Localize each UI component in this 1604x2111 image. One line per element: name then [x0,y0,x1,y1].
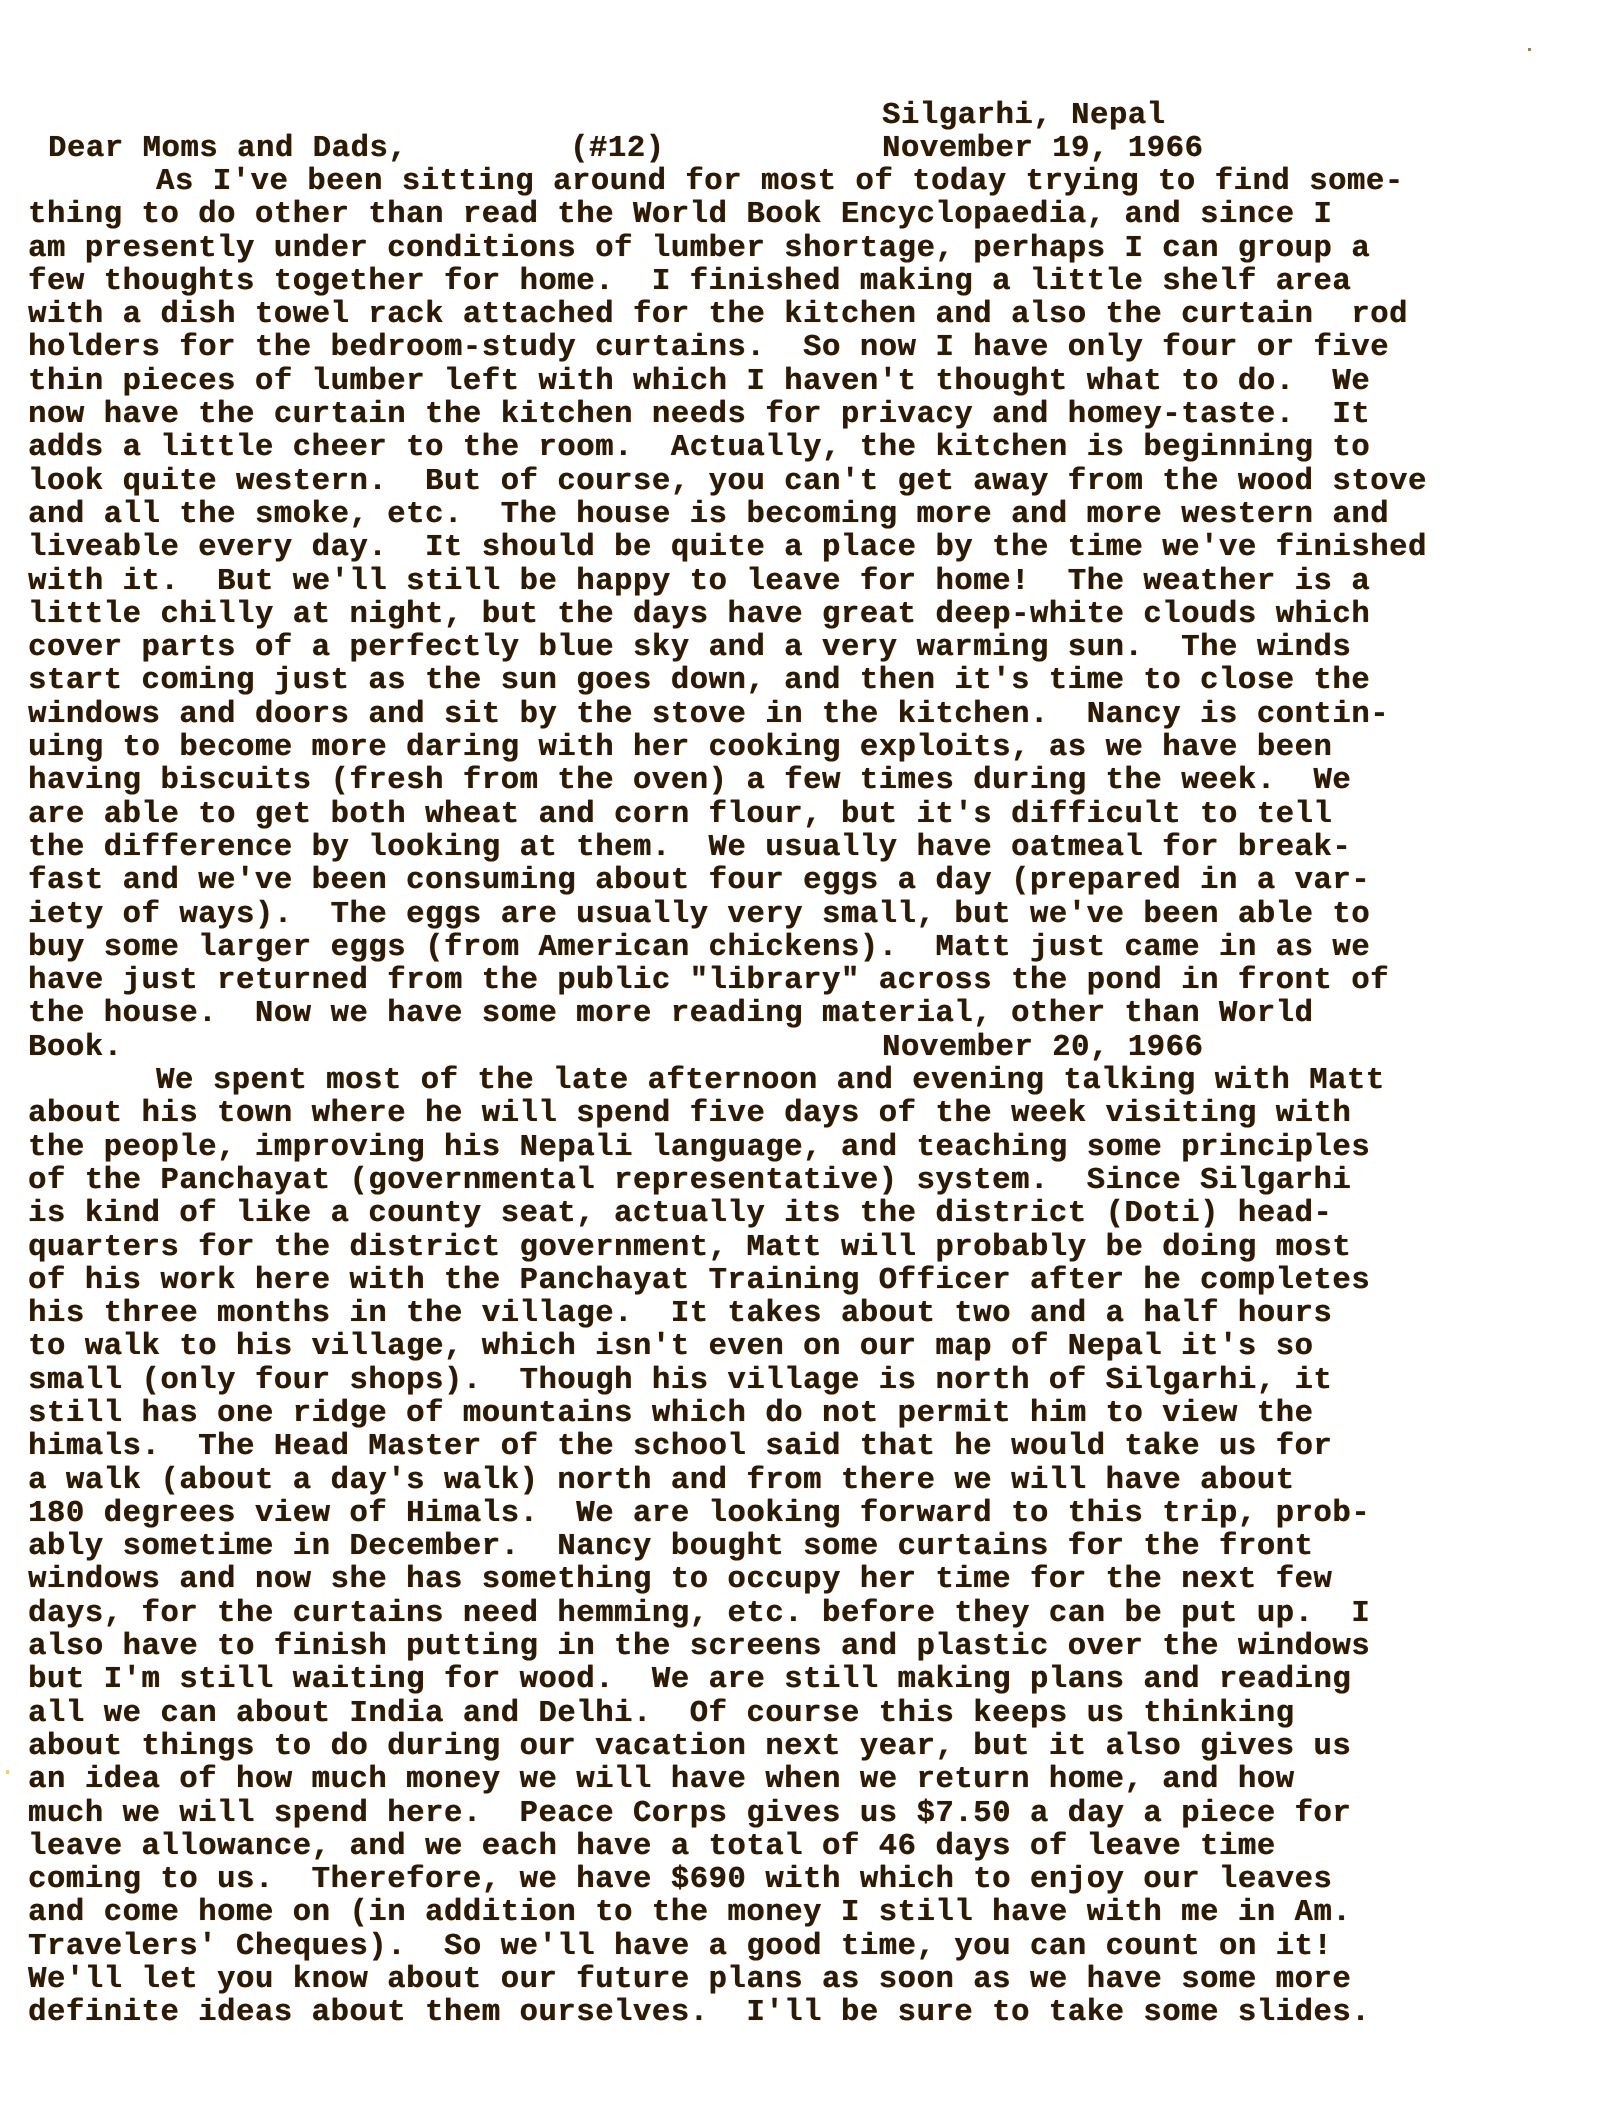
letter-place: Silgarhi, Nepal [882,100,1166,133]
text-line: cover parts of a perfectly blue sky and … [28,632,1427,665]
letter-date: November 19, 1966 [882,133,1203,166]
text-line: about things to do during our vacation n… [28,1731,1427,1764]
text-line: but I'm still waiting for wood. We are s… [28,1664,1427,1697]
text-line: the people, improving his Nepali languag… [28,1132,1427,1165]
text-line: is kind of like a county seat, actually … [28,1198,1427,1231]
text-line: 180 degrees view of Himals. We are looki… [28,1498,1427,1531]
text-line: liveable every day. It should be quite a… [28,532,1427,565]
text-line: himals. The Head Master of the school sa… [28,1431,1427,1464]
text-line: a walk (about a day's walk) north and fr… [28,1465,1427,1498]
salutation: Dear Moms and Dads, [48,133,407,166]
text-line: ably sometime in December. Nancy bought … [28,1531,1427,1564]
text-line: iety of ways). The eggs are usually very… [28,899,1427,932]
text-line: are able to get both wheat and corn flou… [28,799,1427,832]
text-line: uing to become more daring with her cook… [28,732,1427,765]
text-line: leave allowance, and we each have a tota… [28,1831,1427,1864]
text-line: the difference by looking at them. We us… [28,832,1427,865]
text-line: buy some larger eggs (from American chic… [28,932,1427,965]
text-line: now have the curtain the kitchen needs f… [28,399,1427,432]
text-line: all we can about India and Delhi. Of cou… [28,1698,1427,1731]
letter-page: Silgarhi, Nepal Dear Moms and Dads, (#12… [0,0,1604,2111]
text-line: his three months in the village. It take… [28,1298,1427,1331]
text-line: also have to finish putting in the scree… [28,1631,1427,1664]
text-line: look quite western. But of course, you c… [28,466,1427,499]
text-line: Travelers' Cheques). So we'll have a goo… [28,1931,1427,1964]
text-line: the house. Now we have some more reading… [28,998,1427,1031]
text-line: few thoughts together for home. I finish… [28,266,1427,299]
text-line: with it. But we'll still be happy to lea… [28,566,1427,599]
text-line: thing to do other than read the World Bo… [28,199,1427,232]
text-line: Book.November 20, 1966 [28,1032,1427,1065]
text-line: an idea of how much money we will have w… [28,1764,1427,1797]
text-line: We'll let you know about our future plan… [28,1964,1427,1997]
text-line: start coming just as the sun goes down, … [28,665,1427,698]
text-line: and all the smoke, etc. The house is bec… [28,499,1427,532]
text-line: am presently under conditions of lumber … [28,233,1427,266]
text-line: of his work here with the Panchayat Trai… [28,1265,1427,1298]
text-line: adds a little cheer to the room. Actuall… [28,432,1427,465]
section-date: November 20, 1966 [882,1032,1203,1065]
text-line: windows and doors and sit by the stove i… [28,699,1427,732]
text-line: thin pieces of lumber left with which I … [28,366,1427,399]
text-line: have just returned from the public "libr… [28,965,1427,998]
text-line: about his town where he will spend five … [28,1098,1427,1131]
text-line: holders for the bedroom-study curtains. … [28,332,1427,365]
text-line: days, for the curtains need hemming, etc… [28,1598,1427,1631]
text-line: windows and now she has something to occ… [28,1564,1427,1597]
text-line: We spent most of the late afternoon and … [28,1065,1427,1098]
text-line: having biscuits (fresh from the oven) a … [28,765,1427,798]
text-line: with a dish towel rack attached for the … [28,299,1427,332]
text-line: and come home on (in addition to the mon… [28,1897,1427,1930]
text-line: to walk to his village, which isn't even… [28,1331,1427,1364]
text-line: still has one ridge of mountains which d… [28,1398,1427,1431]
letter-body: As I've been sitting around for most of … [28,166,1427,2031]
text-line: definite ideas about them ourselves. I'l… [28,1997,1427,2030]
text-line: little chilly at night, but the days hav… [28,599,1427,632]
text-line: small (only four shops). Though his vill… [28,1365,1427,1398]
stray-ink-mark [1528,48,1531,51]
letter-number: (#12) [570,133,665,166]
text-line: of the Panchayat (governmental represent… [28,1165,1427,1198]
text-line: coming to us. Therefore, we have $690 wi… [28,1864,1427,1897]
text-line: much we will spend here. Peace Corps giv… [28,1798,1427,1831]
stray-ink-mark [6,1770,9,1774]
text-line: quarters for the district government, Ma… [28,1232,1427,1265]
text-line: fast and we've been consuming about four… [28,865,1427,898]
text-line: As I've been sitting around for most of … [28,166,1427,199]
